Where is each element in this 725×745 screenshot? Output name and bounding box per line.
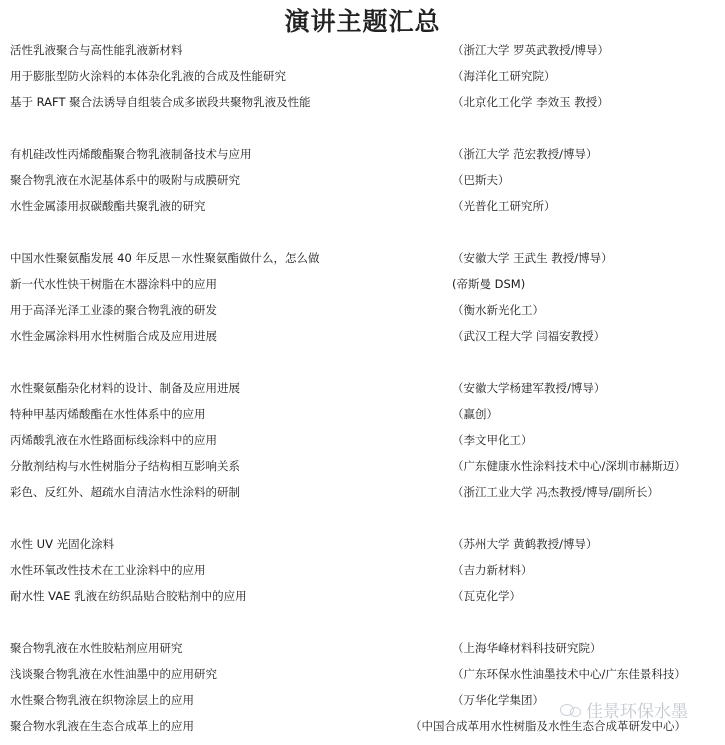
list-item: 水性金属漆用叔碳酸酯共聚乳液的研究（光普化工研究所） xyxy=(0,196,725,216)
topic-title: 丙烯酸乳液在水性路面标线涂料中的应用 xyxy=(10,430,217,450)
list-item: 中国水性聚氨酯发展 40 年反思－水性聚氨酯做什么，怎么做（安徽大学 王武生 教… xyxy=(0,248,725,268)
topic-title: 水性金属漆用叔碳酸酯共聚乳液的研究 xyxy=(10,196,206,216)
speaker-organization: （浙江工业大学 冯杰教授/博导/副所长） xyxy=(452,482,659,502)
topic-title: 聚合物乳液在水泥基体系中的吸附与成膜研究 xyxy=(10,170,240,190)
list-item: 丙烯酸乳液在水性路面标线涂料中的应用（李文甲化工） xyxy=(0,430,725,450)
speaker-organization: （浙江大学 罗英武教授/博导） xyxy=(452,40,609,60)
speaker-organization: （赢创） xyxy=(452,404,498,424)
speaker-organization: （北京化工化学 李效玉 教授） xyxy=(452,92,609,112)
topic-title: 水性金属涂料用水性树脂合成及应用进展 xyxy=(10,326,217,346)
list-item: 活性乳液聚合与高性能乳液新材料（浙江大学 罗英武教授/博导） xyxy=(0,40,725,60)
speaker-organization: （巴斯夫） xyxy=(452,170,510,190)
topic-title: 分散剂结构与水性树脂分子结构相互影响关系 xyxy=(10,456,240,476)
topic-title: 活性乳液聚合与高性能乳液新材料 xyxy=(10,40,183,60)
topic-title: 用于膨胀型防火涂料的本体杂化乳液的合成及性能研究 xyxy=(10,66,286,86)
topic-title: 聚合物水乳液在生态合成革上的应用 xyxy=(10,716,194,736)
list-item: 新一代水性快干树脂在木器涂料中的应用(帝斯曼 DSM) xyxy=(0,274,725,294)
speaker-organization: （广东环保水性油墨技术中心/广东佳景科技） xyxy=(452,664,686,684)
watermark-text: 佳景环保水墨 xyxy=(586,697,688,722)
topic-title: 聚合物乳液在水性胶粘剂应用研究 xyxy=(10,638,183,658)
speaker-organization: （上海华峰材料科技研究院） xyxy=(452,638,602,658)
speaker-organization: （衡水新光化工） xyxy=(452,300,544,320)
topic-title: 彩色、反红外、超疏水自清洁水性涂料的研制 xyxy=(10,482,240,502)
topic-title: 中国水性聚氨酯发展 40 年反思－水性聚氨酯做什么，怎么做 xyxy=(10,248,319,268)
list-item: 水性环氧改性技术在工业涂料中的应用（吉力新材料） xyxy=(0,560,725,580)
speaker-organization: （安徽大学 王武生 教授/博导） xyxy=(452,248,613,268)
topic-title: 基于 RAFT 聚合法诱导自组装合成多嵌段共聚物乳液及性能 xyxy=(10,92,311,112)
speaker-organization: （浙江大学 范宏教授/博导） xyxy=(452,144,598,164)
topic-title: 水性聚合物乳液在织物涂层上的应用 xyxy=(10,690,194,710)
speaker-organization: （李文甲化工） xyxy=(452,430,533,450)
topic-title: 水性 UV 光固化涂料 xyxy=(10,534,114,554)
topic-title: 浅谈聚合物乳液在水性油墨中的应用研究 xyxy=(10,664,217,684)
speaker-organization: (帝斯曼 DSM) xyxy=(452,274,525,294)
page-title: 演讲主题汇总 xyxy=(0,2,725,38)
speaker-organization: （海洋化工研究院） xyxy=(452,66,556,86)
list-item: 基于 RAFT 聚合法诱导自组装合成多嵌段共聚物乳液及性能（北京化工化学 李效玉… xyxy=(0,92,725,112)
list-item: 分散剂结构与水性树脂分子结构相互影响关系（广东健康水性涂料技术中心/深圳市赫斯迈… xyxy=(0,456,725,476)
topic-title: 新一代水性快干树脂在木器涂料中的应用 xyxy=(10,274,217,294)
speaker-organization: （瓦克化学） xyxy=(452,586,521,606)
watermark: 佳景环保水墨 xyxy=(560,697,688,722)
list-item: 浅谈聚合物乳液在水性油墨中的应用研究（广东环保水性油墨技术中心/广东佳景科技） xyxy=(0,664,725,684)
list-item: 用于膨胀型防火涂料的本体杂化乳液的合成及性能研究（海洋化工研究院） xyxy=(0,66,725,86)
speaker-organization: （广东健康水性涂料技术中心/深圳市赫斯迈） xyxy=(452,456,686,476)
list-item: 聚合物乳液在水泥基体系中的吸附与成膜研究（巴斯夫） xyxy=(0,170,725,190)
topic-title: 水性聚氨酯杂化材料的设计、制备及应用进展 xyxy=(10,378,240,398)
speaker-organization: （苏州大学 黄鹤教授/博导） xyxy=(452,534,598,554)
list-item: 水性金属涂料用水性树脂合成及应用进展（武汉工程大学 闫福安教授） xyxy=(0,326,725,346)
list-item: 用于高泽光泽工业漆的聚合物乳液的研发（衡水新光化工） xyxy=(0,300,725,320)
speaker-organization: （安徽大学杨建军教授/博导） xyxy=(452,378,605,398)
topic-title: 用于高泽光泽工业漆的聚合物乳液的研发 xyxy=(10,300,217,320)
list-item: 彩色、反红外、超疏水自清洁水性涂料的研制（浙江工业大学 冯杰教授/博导/副所长） xyxy=(0,482,725,502)
list-item: 特种甲基丙烯酸酯在水性体系中的应用（赢创） xyxy=(0,404,725,424)
topic-title: 耐水性 VAE 乳液在纺织品贴合胶粘剂中的应用 xyxy=(10,586,247,606)
topic-title: 水性环氧改性技术在工业涂料中的应用 xyxy=(10,560,206,580)
list-item: 有机硅改性丙烯酸酯聚合物乳液制备技术与应用（浙江大学 范宏教授/博导） xyxy=(0,144,725,164)
list-item: 水性 UV 光固化涂料（苏州大学 黄鹤教授/博导） xyxy=(0,534,725,554)
topic-title: 特种甲基丙烯酸酯在水性体系中的应用 xyxy=(10,404,206,424)
speaker-organization: （武汉工程大学 闫福安教授） xyxy=(452,326,605,346)
topic-title: 有机硅改性丙烯酸酯聚合物乳液制备技术与应用 xyxy=(10,144,252,164)
speaker-organization: （吉力新材料） xyxy=(452,560,533,580)
speaker-organization: （光普化工研究所） xyxy=(452,196,556,216)
list-item: 水性聚氨酯杂化材料的设计、制备及应用进展（安徽大学杨建军教授/博导） xyxy=(0,378,725,398)
list-item: 耐水性 VAE 乳液在纺织品贴合胶粘剂中的应用（瓦克化学） xyxy=(0,586,725,606)
wechat-icon xyxy=(560,702,582,718)
list-item: 聚合物乳液在水性胶粘剂应用研究（上海华峰材料科技研究院） xyxy=(0,638,725,658)
speaker-organization: （万华化学集团） xyxy=(452,690,544,710)
